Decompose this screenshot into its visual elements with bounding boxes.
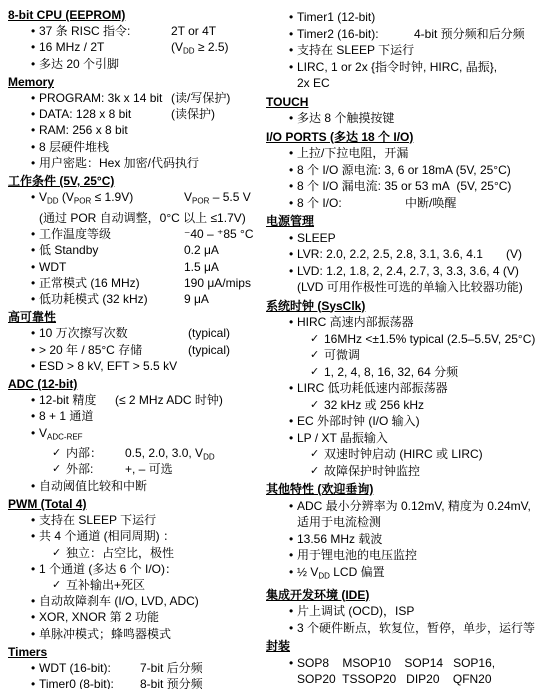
item-text: ESD > 8 kV, EFT > 5.5 kV	[39, 359, 177, 373]
list-item: •37 条 RISC 指令:2T or 4T	[8, 23, 264, 39]
list-item: •片上调试 (OCD)，ISP	[266, 603, 553, 620]
item-text: LVR: 2.0, 2.2, 2.5, 2.8, 3.1, 3.6, 4.1	[297, 247, 483, 261]
list-item: •低功耗模式 (32 kHz)9 μA	[8, 291, 264, 307]
text-segment: +, – 可选	[125, 462, 173, 476]
list-item: •自动阈值比较和中断	[8, 478, 264, 494]
bullet-icon: •	[289, 547, 293, 564]
section-title: 其他特性 (欢迎垂询)	[266, 481, 553, 498]
check-icon: ✓	[52, 445, 61, 461]
text-segment: 上拉/下拉电阻，开漏	[297, 146, 408, 160]
item-text: LIRC 低功耗低速内部振荡器	[297, 381, 448, 395]
text-segment: 16MHz <±1.5% typical (2.5–5.5V, 25°C)	[324, 332, 535, 346]
text-segment: 1.5 μA	[184, 260, 219, 274]
bullet-icon: •	[31, 242, 35, 258]
check-icon: ✓	[310, 397, 319, 414]
item-text: 8 个 I/O 漏电流: 35 or 53 mA (5V, 25°C)	[297, 179, 511, 193]
section: PWM (Total 4)•支持在 SLEEP 下运行•共 4 个通道 (相同周…	[8, 496, 264, 642]
list-item: •3 个硬件断点，软复位，暂停，单步，运行等	[266, 620, 553, 637]
text-segment: ADC 最小分辨率为 0.12mV, 精度为 0.24mV,	[297, 499, 531, 513]
list-item: ✓16MHz <±1.5% typical (2.5–5.5V, 25°C)	[266, 331, 553, 348]
section-title: 系统时钟 (SysClk)	[266, 298, 553, 315]
list-item: •16 MHz / 2T(VDD ≥ 2.5)	[8, 39, 264, 55]
bullet-icon: •	[289, 110, 293, 127]
section: 其他特性 (欢迎垂询)•ADC 最小分辨率为 0.12mV, 精度为 0.24m…	[266, 481, 553, 585]
bullet-icon: •	[289, 603, 293, 620]
text-segment: 9 μA	[184, 292, 209, 306]
text-segment: ≤ 1.9V)	[91, 190, 133, 204]
text-segment: 13.56 MHz 载波	[297, 532, 382, 546]
bullet-icon: •	[289, 314, 293, 331]
list-item: ✓故障保护时钟监控	[266, 463, 553, 480]
item-text: 16 MHz / 2T	[39, 40, 104, 54]
item-text: 2x EC	[297, 76, 330, 90]
check-icon: ✓	[52, 461, 61, 477]
bullet-icon: •	[31, 593, 35, 609]
bullet-icon: •	[289, 655, 293, 672]
text-segment: 自动阈值比较和中断	[39, 479, 147, 493]
text-segment: 12-bit 精度	[39, 393, 96, 407]
item-text: 8 层硬件堆栈	[39, 140, 109, 154]
column-right: •Timer1 (12-bit)•Timer2 (16-bit):4-bit 预…	[266, 9, 553, 688]
section-title: 集成开发环境 (IDE)	[266, 587, 553, 604]
text-segment: (读保护)	[171, 107, 215, 121]
text-segment: 支持在 SLEEP 下运行	[39, 513, 156, 527]
item-text: 1 个通道 (多达 6 个 I/O)：	[39, 562, 177, 576]
section: TOUCH•多达 8 个触摸按键	[266, 94, 553, 127]
list-item: •8 个 I/O 漏电流: 35 or 53 mA (5V, 25°C)	[266, 178, 553, 195]
bullet-icon: •	[31, 478, 35, 494]
subscript-text: DD	[183, 47, 195, 56]
list-item: •Timer2 (16-bit):4-bit 预分频和后分频	[266, 26, 553, 43]
text-segment: LVD: 1.2, 1.8, 2, 2.4, 2.7, 3, 3.3, 3.6,…	[297, 264, 519, 278]
item-text: RAM: 256 x 8 bit	[39, 123, 128, 137]
text-segment: Timer0 (8-bit):	[39, 677, 114, 689]
list-item: ✓可微调	[266, 347, 553, 364]
text-segment: 4-bit 预分频和后分频	[414, 27, 525, 41]
item-text: SLEEP	[297, 231, 336, 245]
text-segment: PROGRAM: 3k x 14 bit	[39, 91, 162, 105]
item-value: (读/写保护)	[171, 90, 230, 106]
bullet-icon: •	[31, 358, 35, 374]
list-item: •多达 8 个触摸按键	[266, 110, 553, 127]
text-segment: 支持在 SLEEP 下运行	[297, 43, 414, 57]
text-segment: (通过 POR 自动调整，0°C 以上 ≤1.7V)	[39, 211, 246, 225]
bullet-icon: •	[31, 408, 35, 424]
subscript-text: DD	[203, 453, 215, 462]
item-text: 自动阈值比较和中断	[39, 479, 147, 493]
list-item: •½ VDD LCD 偏置	[266, 564, 553, 585]
list-item: •工作温度等级⁻40 – ⁺85 °C	[8, 226, 264, 242]
text-segment: ½ V	[297, 565, 318, 579]
list-item: •13.56 MHz 载波	[266, 531, 553, 548]
list-item: •EC 外部时钟 (I/O 输入)	[266, 413, 553, 430]
item-text: 适用于电流检测	[297, 515, 381, 529]
list-item: 适用于电流检测	[266, 514, 553, 531]
subscript-text: POR	[74, 197, 91, 206]
text-segment: 互补输出+死区	[66, 578, 145, 592]
item-text: 12-bit 精度	[39, 393, 96, 407]
list-item: ✓内部：0.5, 2.0, 3.0, VDD	[8, 445, 264, 461]
text-segment: 工作温度等级	[39, 227, 111, 241]
text-segment: 8 层硬件堆栈	[39, 140, 109, 154]
bullet-icon: •	[289, 263, 293, 280]
section: Memory•PROGRAM: 3k x 14 bit(读/写保护)•DATA:…	[8, 74, 264, 171]
item-value: (typical)	[188, 325, 230, 341]
text-segment: 中断/唤醒	[405, 196, 456, 210]
list-item: •10 万次擦写次数(typical)	[8, 325, 264, 341]
text-segment: 1, 2, 4, 8, 16, 32, 64 分频	[324, 365, 458, 379]
section-title: 工作条件 (5V, 25°C)	[8, 173, 264, 189]
bullet-icon: •	[289, 620, 293, 637]
column-left: 8-bit CPU (EEPROM)•37 条 RISC 指令:2T or 4T…	[8, 7, 264, 689]
item-text: 双速时钟启动 (HIRC 或 LIRC)	[324, 447, 483, 461]
section: 系统时钟 (SysClk)•HIRC 高速内部振荡器✓16MHz <±1.5% …	[266, 298, 553, 480]
text-segment: (typical)	[188, 326, 230, 340]
bullet-icon: •	[289, 380, 293, 397]
item-text: VADC-REF	[39, 426, 83, 440]
subscript-text: ADC-REF	[47, 432, 83, 441]
text-segment: 2T or 4T	[171, 24, 216, 38]
item-text: WDT	[39, 260, 66, 274]
list-item: •VADC-REF	[8, 425, 264, 446]
item-text: 外部:	[66, 462, 93, 476]
text-segment: 自动故障刹车 (I/O, LVD, ADC)	[39, 594, 199, 608]
bullet-icon: •	[289, 230, 293, 247]
text-segment: – 5.5 V	[209, 190, 250, 204]
list-item: •SLEEP	[266, 230, 553, 247]
text-segment: 内部：	[66, 446, 102, 460]
bullet-icon: •	[31, 106, 35, 122]
check-icon: ✓	[310, 347, 319, 364]
item-text: 3 个硬件断点，软复位，暂停，单步，运行等	[297, 621, 535, 635]
bullet-icon: •	[289, 195, 293, 212]
text-segment: (读/写保护)	[171, 91, 230, 105]
section: 电源管理•SLEEP•LVR: 2.0, 2.2, 2.5, 2.8, 3.1,…	[266, 213, 553, 296]
bullet-icon: •	[31, 342, 35, 358]
item-text: 10 万次擦写次数	[39, 326, 128, 340]
bullet-icon: •	[31, 259, 35, 275]
list-item: •RAM: 256 x 8 bit	[8, 122, 264, 138]
item-value: 4-bit 预分频和后分频	[414, 26, 525, 43]
text-segment: LVR: 2.0, 2.2, 2.5, 2.8, 3.1, 3.6, 4.1	[297, 247, 483, 261]
text-segment: ≥ 2.5)	[195, 40, 229, 54]
list-item: ✓独立：占空比，极性	[8, 545, 264, 561]
section: I/O PORTS (多达 18 个 I/O)•上拉/下拉电阻，开漏•8 个 I…	[266, 129, 553, 212]
list-item: (LVD 可用作极性可选的单输入比较器功能)	[266, 279, 553, 296]
list-item: •SOP8 MSOP10 SOP14 SOP16,	[266, 655, 553, 672]
bullet-icon: •	[31, 512, 35, 528]
item-value: +, – 可选	[125, 461, 173, 477]
item-text: DATA: 128 x 8 bit	[39, 107, 131, 121]
text-segment: 0.2 μA	[184, 243, 219, 257]
text-segment: 片上调试 (OCD)，ISP	[297, 604, 414, 618]
bullet-icon: •	[31, 139, 35, 155]
text-segment: 多达 20 个引脚	[39, 57, 119, 71]
bullet-icon: •	[31, 226, 35, 242]
text-segment: 用户密匙：Hex 加密/代码执行	[39, 156, 199, 170]
item-text: 独立：占空比，极性	[66, 546, 174, 560]
text-segment: SLEEP	[297, 231, 336, 245]
subscript-text: DD	[47, 197, 59, 206]
item-text: 13.56 MHz 载波	[297, 532, 382, 546]
bullet-icon: •	[31, 676, 35, 689]
item-value: 中断/唤醒	[405, 195, 456, 212]
text-segment: 8 个 I/O 漏电流: 35 or 53 mA (5V, 25°C)	[297, 179, 511, 193]
list-item: •PROGRAM: 3k x 14 bit(读/写保护)	[8, 90, 264, 106]
section: 工作条件 (5V, 25°C)•VDD (VPOR ≤ 1.9V)VPOR – …	[8, 173, 264, 307]
bullet-icon: •	[289, 178, 293, 195]
section: 封装•SOP8 MSOP10 SOP14 SOP16,SOP20 TSSOP20…	[266, 638, 553, 688]
bullet-icon: •	[289, 430, 293, 447]
item-value: 0.2 μA	[184, 242, 219, 258]
list-item: •8 + 1 通道	[8, 408, 264, 424]
item-value: (≤ 2 MHz ADC 时钟)	[115, 392, 223, 408]
section-title: TOUCH	[266, 94, 553, 111]
subscript-text: DD	[318, 571, 330, 580]
datasheet-page: 8-bit CPU (EEPROM)•37 条 RISC 指令:2T or 4T…	[0, 0, 553, 689]
item-text: 工作温度等级	[39, 227, 111, 241]
text-segment: 7-bit 后分频	[140, 661, 203, 675]
list-item: •WDT (16-bit):7-bit 后分频	[8, 660, 264, 676]
text-segment: 16 MHz / 2T	[39, 40, 104, 54]
item-text: 可微调	[324, 348, 360, 362]
text-segment: XOR, XNOR 第 2 功能	[39, 610, 159, 624]
item-text: EC 外部时钟 (I/O 输入)	[297, 414, 420, 428]
text-segment: SOP8 MSOP10 SOP14 SOP16,	[297, 656, 495, 670]
bullet-icon: •	[289, 26, 293, 43]
text-segment: Timer2 (16-bit):	[297, 27, 379, 41]
item-text: WDT (16-bit):	[39, 661, 111, 675]
item-text: 16MHz <±1.5% typical (2.5–5.5V, 25°C)	[324, 332, 535, 346]
list-item: •DATA: 128 x 8 bit(读保护)	[8, 106, 264, 122]
list-item: •ESD > 8 kV, EFT > 5.5 kV	[8, 358, 264, 374]
bullet-icon: •	[31, 660, 35, 676]
item-text: 多达 8 个触摸按键	[297, 111, 394, 125]
item-text: 支持在 SLEEP 下运行	[39, 513, 156, 527]
bullet-icon: •	[31, 291, 35, 307]
item-value: (V)	[506, 246, 522, 263]
text-segment: LIRC, 1 or 2x {指令时钟, HIRC, 晶振},	[297, 60, 497, 74]
list-item: •共 4 个通道 (相同周期) ：	[8, 528, 264, 544]
item-value: 7-bit 后分频	[140, 660, 203, 676]
list-item: •WDT1.5 μA	[8, 259, 264, 275]
text-segment: 低功耗模式 (32 kHz)	[39, 292, 148, 306]
text-segment: SOP20 TSSOP20 DIP20 QFN20	[297, 672, 492, 686]
list-item: •用于锂电池的电压监控	[266, 547, 553, 564]
text-segment: 多达 8 个触摸按键	[297, 111, 394, 125]
item-text: Timer2 (16-bit):	[297, 27, 379, 41]
bullet-icon: •	[289, 9, 293, 26]
item-text: LVD: 1.2, 1.8, 2, 2.4, 2.7, 3, 3.3, 3.6,…	[297, 264, 519, 278]
list-item: •LVD: 1.2, 1.8, 2, 2.4, 2.7, 3, 3.3, 3.6…	[266, 263, 553, 280]
bullet-icon: •	[31, 122, 35, 138]
section-title: 高可靠性	[8, 309, 264, 325]
list-item: (通过 POR 自动调整，0°C 以上 ≤1.7V)	[8, 210, 264, 226]
list-item: •LP / XT 晶振输入	[266, 430, 553, 447]
text-segment: LP / XT 晶振输入	[297, 431, 388, 445]
list-item: •低 Standby0.2 μA	[8, 242, 264, 258]
list-item: •用户密匙：Hex 加密/代码执行	[8, 155, 264, 171]
item-text: 低 Standby	[39, 243, 98, 257]
item-text: 正常模式 (16 MHz)	[39, 276, 140, 290]
bullet-icon: •	[31, 392, 35, 408]
list-item: •LIRC 低功耗低速内部振荡器	[266, 380, 553, 397]
item-text: 支持在 SLEEP 下运行	[297, 43, 414, 57]
text-segment: V	[39, 426, 47, 440]
bullet-icon: •	[289, 162, 293, 179]
section-title: 封装	[266, 638, 553, 655]
item-text: (LVD 可用作极性可选的单输入比较器功能)	[297, 280, 523, 294]
list-item: •自动故障刹车 (I/O, LVD, ADC)	[8, 593, 264, 609]
item-value: 9 μA	[184, 291, 209, 307]
item-text: SOP8 MSOP10 SOP14 SOP16,	[297, 656, 495, 670]
item-text: 上拉/下拉电阻，开漏	[297, 146, 408, 160]
bullet-icon: •	[289, 413, 293, 430]
item-text: 单脉冲模式；蜂鸣器模式	[39, 627, 171, 641]
item-text: 共 4 个通道 (相同周期) ：	[39, 529, 175, 543]
text-segment: 故障保护时钟监控	[324, 464, 420, 478]
text-segment: 8 个 I/O:	[297, 196, 342, 210]
bullet-icon: •	[289, 145, 293, 162]
item-text: > 20 年 / 85°C 存储	[39, 343, 142, 357]
check-icon: ✓	[52, 545, 61, 561]
text-segment: EC 外部时钟 (I/O 输入)	[297, 414, 420, 428]
list-item: ✓1, 2, 4, 8, 16, 32, 64 分频	[266, 364, 553, 381]
item-text: 多达 20 个引脚	[39, 57, 119, 71]
section: •Timer1 (12-bit)•Timer2 (16-bit):4-bit 预…	[266, 9, 553, 92]
text-segment: 外部:	[66, 462, 93, 476]
list-item: •单脉冲模式；蜂鸣器模式	[8, 626, 264, 642]
item-text: ½ VDD LCD 偏置	[297, 565, 385, 579]
item-value: (读保护)	[171, 106, 215, 122]
item-text: (通过 POR 自动调整，0°C 以上 ≤1.7V)	[39, 211, 246, 225]
text-segment: 8 + 1 通道	[39, 409, 93, 423]
section: 8-bit CPU (EEPROM)•37 条 RISC 指令:2T or 4T…	[8, 7, 264, 72]
text-segment: 适用于电流检测	[297, 515, 381, 529]
text-segment: (typical)	[188, 343, 230, 357]
item-text: 1, 2, 4, 8, 16, 32, 64 分频	[324, 365, 458, 379]
text-segment: LCD 偏置	[330, 565, 385, 579]
bullet-icon: •	[31, 189, 35, 205]
item-text: XOR, XNOR 第 2 功能	[39, 610, 159, 624]
text-segment: 独立：占空比，极性	[66, 546, 174, 560]
section: 集成开发环境 (IDE)•片上调试 (OCD)，ISP•3 个硬件断点，软复位，…	[266, 587, 553, 637]
section-title: 电源管理	[266, 213, 553, 230]
list-item: •正常模式 (16 MHz)190 μA/mips	[8, 275, 264, 291]
text-segment: 共 4 个通道 (相同周期) ：	[39, 529, 175, 543]
list-item: •上拉/下拉电阻，开漏	[266, 145, 553, 162]
bullet-icon: •	[289, 246, 293, 263]
check-icon: ✓	[52, 577, 61, 593]
text-segment: 10 万次擦写次数	[39, 326, 128, 340]
item-text: 低功耗模式 (32 kHz)	[39, 292, 148, 306]
list-item: •XOR, XNOR 第 2 功能	[8, 609, 264, 625]
list-item: •12-bit 精度(≤ 2 MHz ADC 时钟)	[8, 392, 264, 408]
item-value: 1.5 μA	[184, 259, 219, 275]
bullet-icon: •	[31, 626, 35, 642]
item-text: VDD (VPOR ≤ 1.9V)	[39, 190, 133, 204]
bullet-icon: •	[31, 56, 35, 72]
text-segment: 8 个 I/O 源电流: 3, 6 or 18mA (5V, 25°C)	[297, 163, 511, 177]
text-segment: HIRC 高速内部振荡器	[297, 315, 414, 329]
bullet-icon: •	[31, 425, 35, 441]
list-item: •支持在 SLEEP 下运行	[8, 512, 264, 528]
bullet-icon: •	[31, 609, 35, 625]
list-item: SOP20 TSSOP20 DIP20 QFN20	[266, 671, 553, 688]
bullet-icon: •	[31, 23, 35, 39]
check-icon: ✓	[310, 446, 319, 463]
item-text: Timer1 (12-bit)	[297, 10, 375, 24]
item-text: 内部：	[66, 446, 102, 460]
text-segment: V	[39, 190, 47, 204]
text-segment: 正常模式 (16 MHz)	[39, 276, 140, 290]
list-item: •8 层硬件堆栈	[8, 139, 264, 155]
section: Timers•WDT (16-bit):7-bit 后分频•Timer0 (8-…	[8, 644, 264, 689]
item-text: ADC 最小分辨率为 0.12mV, 精度为 0.24mV,	[297, 499, 531, 513]
item-text: 互补输出+死区	[66, 578, 145, 592]
list-item: •8 个 I/O:中断/唤醒	[266, 195, 553, 212]
text-segment: (V	[59, 190, 74, 204]
item-text: 故障保护时钟监控	[324, 464, 420, 478]
text-segment: LIRC 低功耗低速内部振荡器	[297, 381, 448, 395]
bullet-icon: •	[31, 561, 35, 577]
text-segment: 双速时钟启动 (HIRC 或 LIRC)	[324, 447, 483, 461]
section-title: Memory	[8, 74, 264, 90]
text-segment: 8-bit 预分频	[140, 677, 203, 689]
check-icon: ✓	[310, 364, 319, 381]
section: ADC (12-bit)•12-bit 精度(≤ 2 MHz ADC 时钟)•8…	[8, 376, 264, 494]
list-item: •HIRC 高速内部振荡器	[266, 314, 553, 331]
text-segment: 3 个硬件断点，软复位，暂停，单步，运行等	[297, 621, 535, 635]
list-item: •VDD (VPOR ≤ 1.9V)VPOR – 5.5 V	[8, 189, 264, 210]
item-text: 37 条 RISC 指令:	[39, 24, 130, 38]
bullet-icon: •	[31, 325, 35, 341]
section-title: PWM (Total 4)	[8, 496, 264, 512]
text-segment: 低 Standby	[39, 243, 98, 257]
check-icon: ✓	[310, 463, 319, 480]
item-value: (typical)	[188, 342, 230, 358]
item-text: 片上调试 (OCD)，ISP	[297, 604, 414, 618]
text-segment: ESD > 8 kV, EFT > 5.5 kV	[39, 359, 177, 373]
text-segment: RAM: 256 x 8 bit	[39, 123, 128, 137]
text-segment: 单脉冲模式；蜂鸣器模式	[39, 627, 171, 641]
subscript-text: POR	[192, 197, 209, 206]
bullet-icon: •	[31, 39, 35, 55]
text-segment: 1 个通道 (多达 6 个 I/O)：	[39, 562, 177, 576]
item-text: 32 kHz 或 256 kHz	[324, 398, 424, 412]
list-item: •LVR: 2.0, 2.2, 2.5, 2.8, 3.1, 3.6, 4.1(…	[266, 246, 553, 263]
item-text: PROGRAM: 3k x 14 bit	[39, 91, 162, 105]
item-value: 2T or 4T	[171, 23, 216, 39]
text-segment: 2x EC	[297, 76, 330, 90]
bullet-icon: •	[289, 59, 293, 76]
text-segment: 0.5, 2.0, 3.0, V	[125, 446, 203, 460]
text-segment: 用于锂电池的电压监控	[297, 548, 417, 562]
item-text: LIRC, 1 or 2x {指令时钟, HIRC, 晶振},	[297, 60, 497, 74]
bullet-icon: •	[31, 528, 35, 544]
bullet-icon: •	[289, 42, 293, 59]
section-title: ADC (12-bit)	[8, 376, 264, 392]
text-segment: DATA: 128 x 8 bit	[39, 107, 131, 121]
text-segment: 32 kHz 或 256 kHz	[324, 398, 424, 412]
section-title: Timers	[8, 644, 264, 660]
list-item: 2x EC	[266, 75, 553, 92]
text-segment: V	[184, 190, 192, 204]
text-segment: 37 条 RISC 指令:	[39, 24, 130, 38]
item-text: 8 个 I/O 源电流: 3, 6 or 18mA (5V, 25°C)	[297, 163, 511, 177]
item-value: ⁻40 – ⁺85 °C	[184, 226, 254, 242]
text-segment: ⁻40 – ⁺85 °C	[184, 227, 254, 241]
